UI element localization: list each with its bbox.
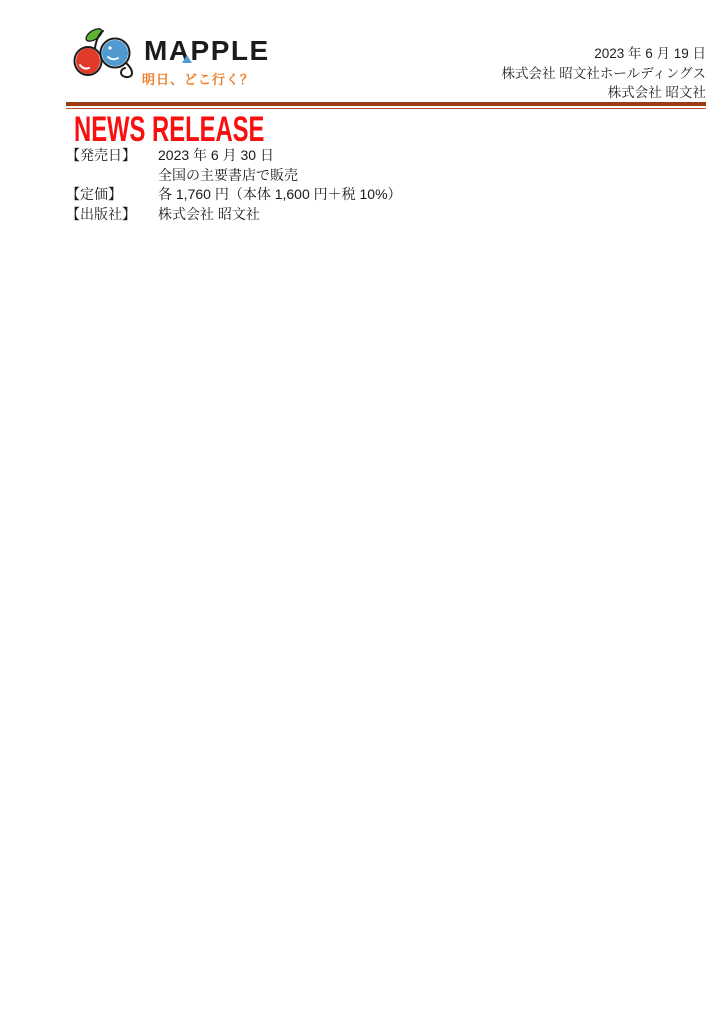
- mapple-wordmark: MAPPLE: [144, 35, 270, 66]
- label-price: 【定価】: [66, 185, 158, 205]
- company-holdings-line: 株式会社 昭文社ホールディングス: [502, 64, 707, 84]
- news-release-title: NEWS RELEASE: [74, 112, 264, 147]
- mapple-apple-globe-icon: [70, 25, 140, 81]
- company-shobunsha-line: 株式会社 昭文社: [502, 83, 707, 103]
- label-publish-date: 【発売日】: [66, 146, 158, 185]
- news-release-page: MAPPLE 明日、どこ行く？ 2023 年 6 月 19 日 株式会社 昭文社…: [0, 0, 724, 1024]
- info-row-publisher: 【出版社】 株式会社 昭文社: [66, 205, 402, 225]
- divider: [66, 102, 706, 109]
- value-publish-date: 2023 年 6 月 30 日: [158, 146, 298, 166]
- divider-thick-line: [66, 102, 706, 106]
- wordmark-a-triangle-icon: [182, 55, 192, 63]
- mapple-logo: MAPPLE 明日、どこ行く？: [70, 22, 280, 88]
- company-block: 2023 年 6 月 19 日 株式会社 昭文社ホールディングス 株式会社 昭文…: [502, 44, 707, 103]
- logo-tagline: 明日、どこ行く？: [142, 69, 254, 88]
- release-info: 【発売日】 2023 年 6 月 30 日 全国の主要書店で販売 【定価】 各 …: [66, 146, 402, 224]
- value-publisher: 株式会社 昭文社: [158, 205, 260, 225]
- value-price: 各 1,760 円（本体 1,600 円＋税 10%）: [158, 185, 402, 205]
- release-date-line: 2023 年 6 月 19 日: [502, 44, 707, 64]
- label-publisher: 【出版社】: [66, 205, 158, 225]
- mapple-wordmark-wrap: MAPPLE: [144, 37, 270, 67]
- divider-thin-line: [66, 108, 706, 109]
- info-row-publish-date: 【発売日】 2023 年 6 月 30 日 全国の主要書店で販売: [66, 146, 402, 185]
- info-row-price: 【定価】 各 1,760 円（本体 1,600 円＋税 10%）: [66, 185, 402, 205]
- value-publish-channel: 全国の主要書店で販売: [158, 166, 298, 186]
